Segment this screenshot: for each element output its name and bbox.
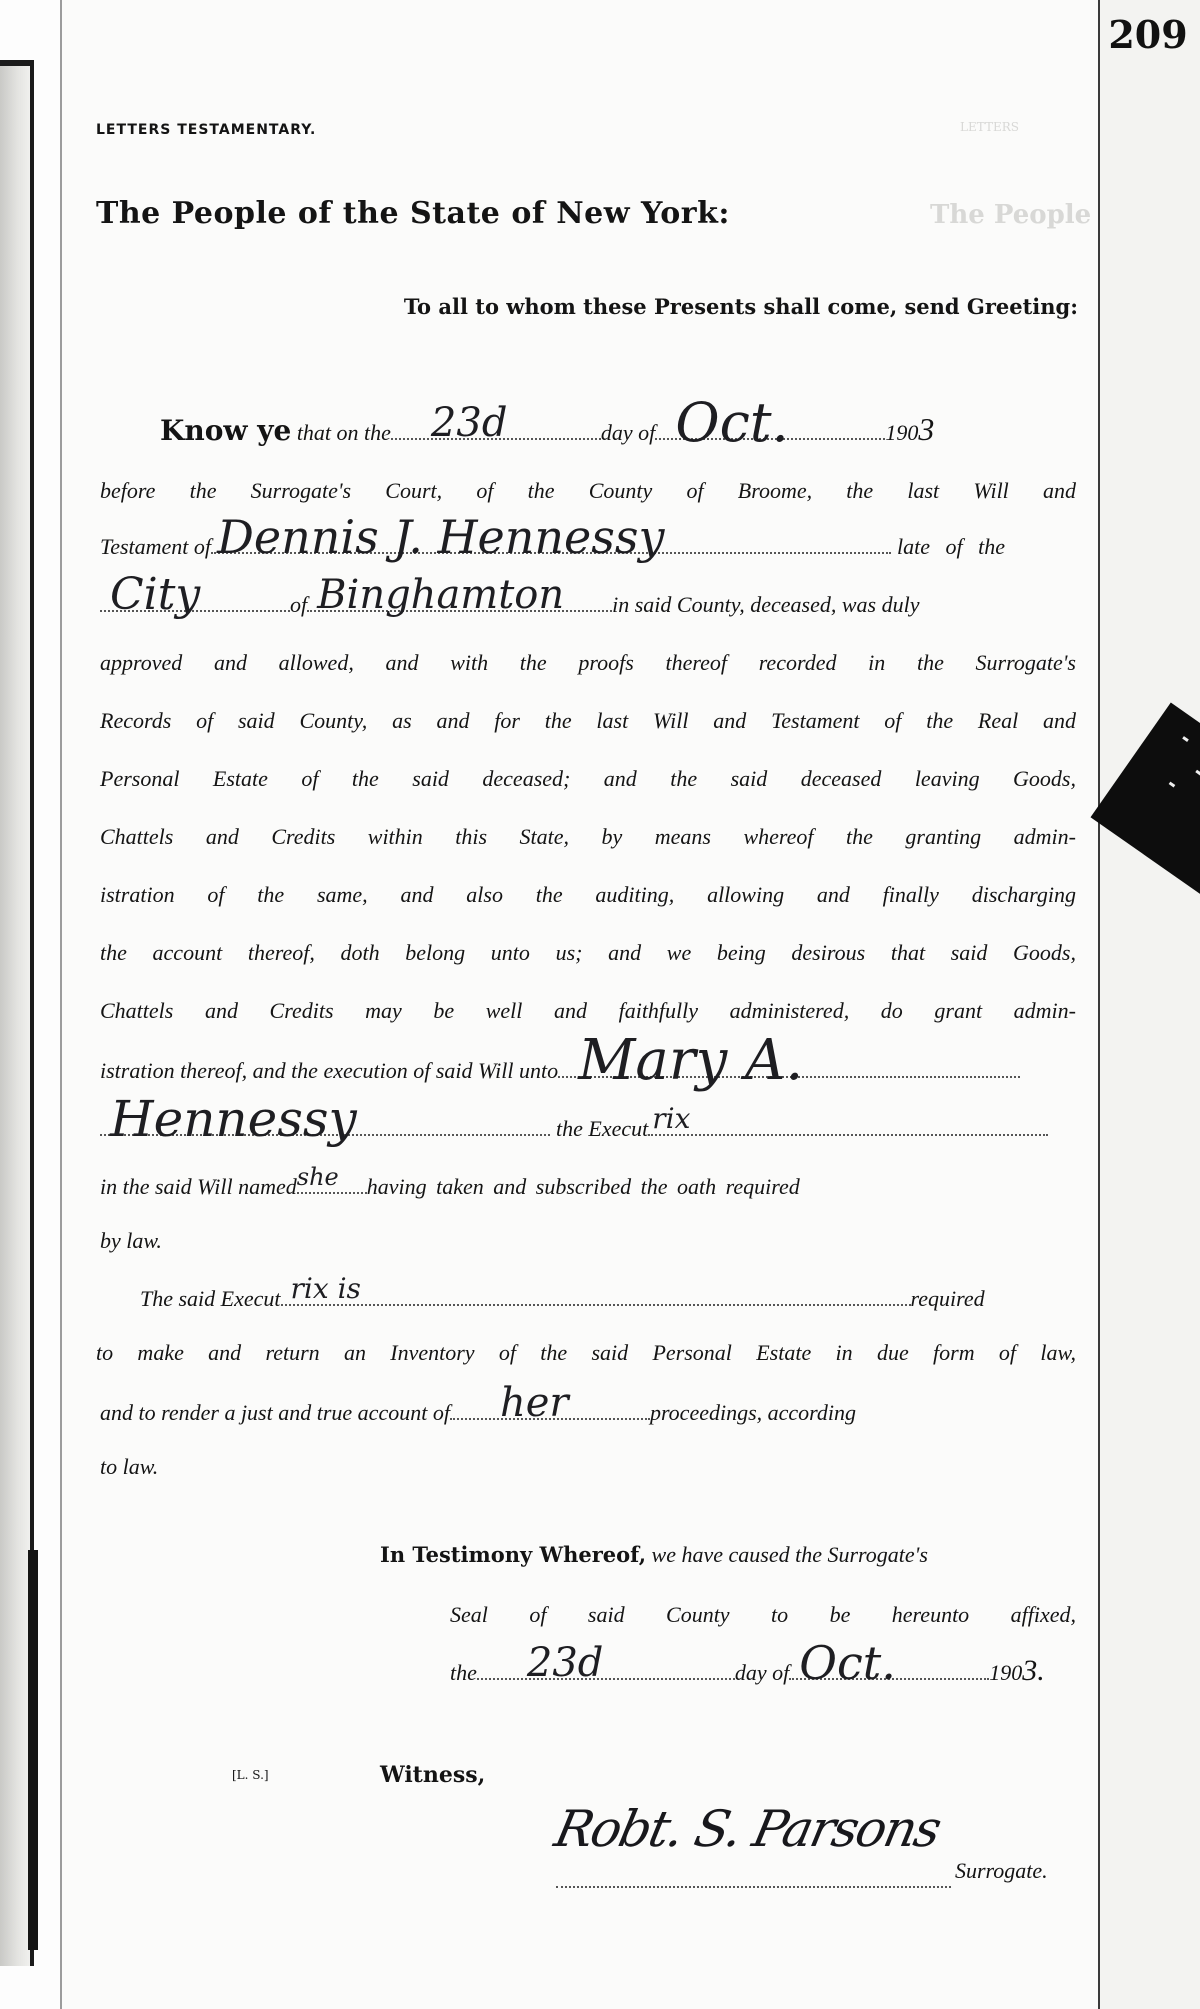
body-line-5: approved and allowed, and with the proof…	[100, 648, 1076, 678]
testimony-lead: In Testimony Whereof,	[380, 1542, 646, 1567]
know-ye-line: Know ye that on the23dday ofOct.1903	[160, 414, 1076, 448]
text: having taken and subscribed the oath req…	[367, 1174, 800, 1199]
handwritten-executor-last: Hennessy	[110, 1104, 357, 1134]
body-line-7: Personal Estate of the said deceased; an…	[100, 764, 1076, 794]
handwritten-executor-first: Mary A.	[578, 1046, 803, 1076]
page-number: 209	[1098, 12, 1198, 57]
form-title: LETTERS TESTAMENTARY.	[96, 122, 316, 138]
account-line: and to render a just and true account of…	[100, 1396, 1076, 1428]
bleed-through-title: LETTERS	[960, 120, 1019, 134]
executor-title-line: Hennessythe Executrix	[100, 1112, 1076, 1144]
document-heading: The People of the State of New York:	[96, 196, 730, 231]
text: of	[290, 592, 307, 617]
executor-last-field: Hennessy	[100, 1112, 550, 1136]
text: that on the	[297, 420, 391, 445]
text: and to render a just and true account of	[100, 1400, 450, 1425]
text: the Execut	[556, 1116, 648, 1141]
surrogate-signature: Robt. S. Parsons	[550, 1800, 945, 1858]
handwritten-seal-year: 3.	[1022, 1654, 1045, 1687]
testimony-date-line: the23dday ofOct.1903.	[450, 1656, 1090, 1688]
handwritten-seal-day: 23d	[527, 1648, 604, 1678]
testimony-line: In Testimony Whereof, we have caused the…	[380, 1540, 1076, 1570]
text: proceedings, according	[650, 1400, 856, 1425]
text: 190	[989, 1660, 1022, 1685]
handwritten-executor-suffix-2: rix is	[291, 1274, 361, 1304]
text: the	[450, 1660, 477, 1685]
body-line-17: to make and return an Inventory of the s…	[96, 1338, 1076, 1368]
executor-suffix-2-field: rix is	[281, 1282, 911, 1306]
handwritten-day: 23d	[431, 408, 508, 438]
body-line-6: Records of said County, as and for the l…	[100, 706, 1076, 736]
month-field: Oct.	[655, 416, 885, 440]
binding-shadow	[28, 1550, 38, 1950]
text: late of the	[897, 534, 1005, 559]
witness-label: Witness,	[380, 1762, 485, 1788]
place-line: CityofBinghamtonin said County, deceased…	[100, 588, 1076, 620]
executor-required-line: The said Executrix isrequired	[140, 1282, 1076, 1314]
know-ye: Know ye	[160, 414, 291, 447]
signature-line	[556, 1856, 951, 1888]
day-field: 23d	[391, 416, 601, 440]
place-type-field: City	[100, 588, 290, 612]
text: in the said Will named	[100, 1174, 297, 1199]
handwritten-testator: Dennis J. Hennessy	[217, 522, 664, 552]
body-line-9: istration of the same, and also the audi…	[100, 880, 1076, 910]
handwritten-pronoun: she	[297, 1162, 339, 1192]
pronoun-field: she	[297, 1170, 367, 1194]
text: 190	[885, 420, 918, 445]
testimony-line-2: Seal of said County to be hereunto affix…	[450, 1600, 1076, 1630]
text: day of	[735, 1660, 789, 1685]
text: istration thereof, and the execution of …	[100, 1058, 558, 1083]
text: in said County, deceased, was duly	[612, 592, 919, 617]
surrogate-label: Surrogate.	[955, 1858, 1048, 1884]
named-line: in the said Will namedshehaving taken an…	[100, 1170, 1076, 1202]
body-line-2: before the Surrogate's Court, of the Cou…	[100, 476, 1076, 506]
handwritten-executor-suffix: rix	[652, 1104, 690, 1134]
place-name-field: Binghamton	[307, 588, 612, 612]
text: Testament of	[100, 534, 211, 559]
executor-suffix-field: rix	[648, 1112, 1048, 1136]
body-line-11: Chattels and Credits may be well and fai…	[100, 996, 1076, 1026]
right-margin	[1100, 0, 1200, 2009]
body-line-15: by law.	[100, 1226, 1076, 1256]
greeting: To all to whom these Presents shall come…	[404, 294, 1078, 319]
seal-marker: [L. S.]	[232, 1768, 269, 1782]
body-line-10: the account thereof, doth belong unto us…	[100, 938, 1076, 968]
handwritten-place-type: City	[110, 580, 200, 610]
seal-month-field: Oct.	[789, 1656, 989, 1680]
handwritten-place-name: Binghamton	[317, 580, 564, 610]
executor-line: istration thereof, and the execution of …	[100, 1054, 1076, 1086]
text: The said Execut	[140, 1286, 281, 1311]
testator-field: Dennis J. Hennessy	[211, 530, 891, 554]
testator-line: Testament ofDennis J. Hennessylate of th…	[100, 530, 1076, 562]
handwritten-year: 3	[918, 411, 934, 447]
text: day of	[601, 420, 655, 445]
executor-first-field: Mary A.	[558, 1054, 1020, 1078]
handwritten-possessive: her	[500, 1388, 569, 1418]
text: we have caused the Surrogate's	[652, 1542, 928, 1567]
body-line-19: to law.	[100, 1452, 1076, 1482]
possessive-field: her	[450, 1396, 650, 1420]
handwritten-seal-month: Oct.	[799, 1648, 896, 1678]
body-line-8: Chattels and Credits within this State, …	[100, 822, 1076, 852]
handwritten-month: Oct.	[675, 408, 788, 438]
text: required	[911, 1286, 985, 1311]
seal-day-field: 23d	[477, 1656, 735, 1680]
